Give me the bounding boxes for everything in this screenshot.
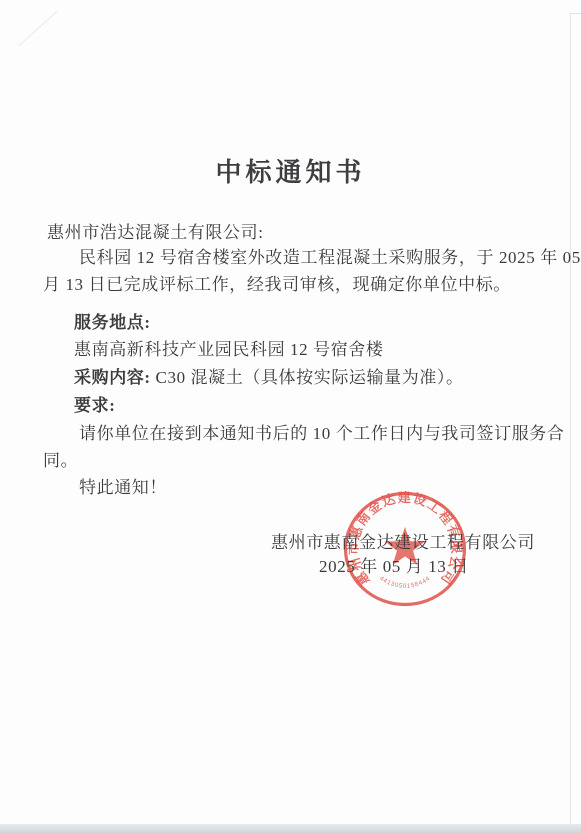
page-corner-crease: [18, 11, 57, 47]
purchase-content-line: 采购内容: C30 混凝土（具体按实际运输量为准）。: [74, 363, 464, 388]
document-title: 中标通知书: [0, 152, 581, 189]
svg-text:4413050158444: 4413050158444: [378, 575, 432, 590]
scan-edge-tick: [570, 13, 581, 14]
closing-line: 特此通知！: [79, 473, 167, 498]
signature-company: 惠州市惠南金达建设工程有限公司: [271, 528, 535, 553]
purchase-content-value: C30 混凝土（具体按实际运输量为准）。: [156, 368, 464, 387]
scan-bottom-shadow: [0, 824, 581, 833]
scan-edge-line: [570, 13, 571, 833]
scanned-document-page: 中标通知书 惠州市浩达混凝土有限公司: 民科园 12 号宿舍楼室外改造工程混凝土…: [0, 0, 581, 833]
requirement-line1: 请你单位在接到本通知书后的 10 个工作日内与我司签订服务合: [79, 419, 565, 444]
paragraph1-line2: 月 13 日已完成评标工作，经我司审核，现确定你单位中标。: [43, 270, 511, 295]
service-location-value: 惠南高新科技产业园民科园 12 号宿舍楼: [74, 335, 384, 360]
service-location-label: 服务地点:: [74, 308, 151, 333]
paragraph1-line1: 民科园 12 号宿舍楼室外改造工程混凝土采购服务，于 2025 年 05: [79, 243, 581, 268]
requirement-label: 要求:: [74, 391, 115, 416]
purchase-content-label: 采购内容:: [74, 368, 151, 387]
signature-date: 2025 年 05 月 13 日: [319, 552, 469, 577]
recipient-line: 惠州市浩达混凝土有限公司:: [47, 218, 264, 243]
stamp-serial-number: 4413050158444: [378, 575, 432, 590]
requirement-line2: 同。: [43, 446, 78, 471]
